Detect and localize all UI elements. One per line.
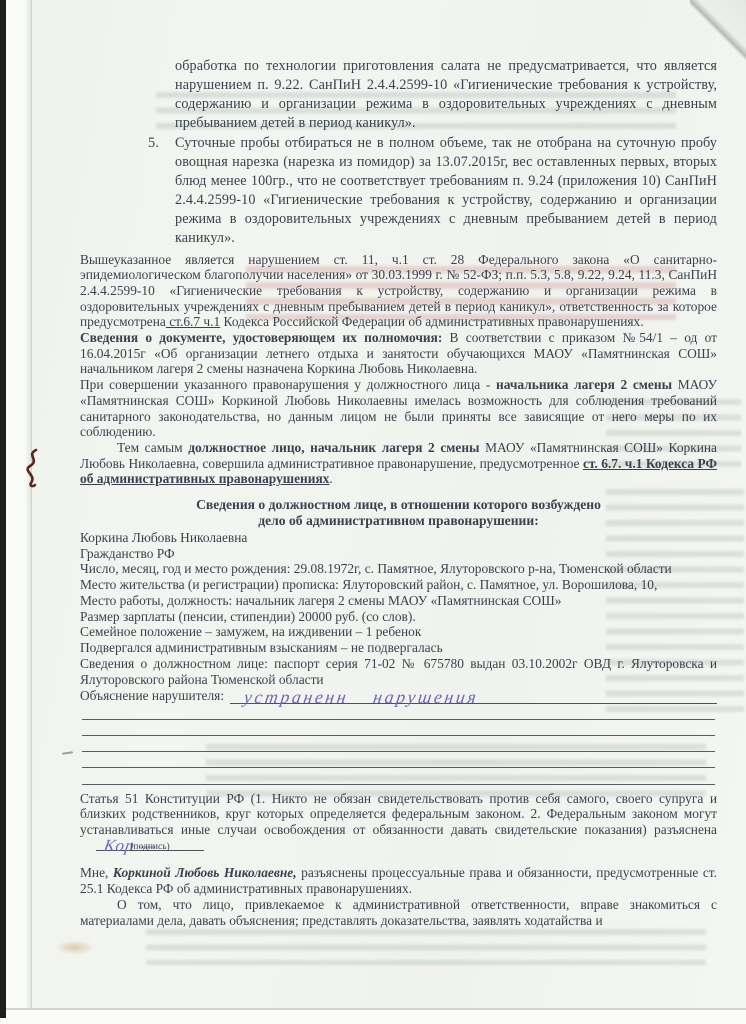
paragraph-legal-grounds: Вышеуказанное является нарушением ст. 11… (80, 252, 717, 331)
info-line-name: Коркина Любовь Николаевна (80, 530, 717, 546)
info-line-passport: Сведения о должностном лице: паспорт сер… (80, 656, 717, 688)
signature-line: Кор —(подпись) (96, 838, 204, 851)
paragraph-rights-details: О том, что лицо, привлекаемое к админист… (80, 897, 717, 928)
ruled-line (82, 768, 715, 784)
text-run: обработка по технологии приготовления са… (175, 58, 717, 131)
list-item-violation-5: 5.Суточные пробы отбираться не в полном … (80, 134, 717, 249)
list-item-number: 5. (148, 134, 159, 153)
paragraph-official-capability: При совершении указанного правонарушения… (80, 377, 717, 440)
ruled-line (82, 720, 715, 736)
text-run: Место жительства (и регистрации) прописк… (80, 577, 657, 592)
text-run: Мне, (80, 865, 113, 880)
heading-line: дело об административном правонарушении: (80, 513, 717, 529)
paragraph-offense-conclusion: Тем самым должностное лицо, начальник ла… (80, 440, 717, 487)
paper-left-margin-strip (6, 0, 31, 1008)
text-run: Сведения о должностном лице: паспорт сер… (80, 656, 717, 687)
text-run: Коркина Любовь Николаевна (80, 530, 247, 545)
text-run: При совершении указанного правонарушения… (80, 377, 496, 392)
text-run: Место работы, должность: начальник лагер… (80, 593, 561, 608)
info-line-citizenship: Гражданство РФ (80, 546, 717, 562)
info-line-birth: Число, месяц, год и место рождения: 29.0… (80, 561, 717, 577)
text-run: Семейное положение – замужем, на иждивен… (80, 624, 421, 639)
ruled-line (82, 752, 715, 768)
paper-crease-line (31, 0, 32, 1008)
paragraph-rights-explained: Мне, Коркиной Любовь Николаевне, разъясн… (80, 865, 717, 896)
info-line-residence: Место жительства (и регистрации) прописк… (80, 577, 717, 593)
text-run: Коркиной Любовь Николаевне, (113, 865, 297, 880)
text-run: Число, месяц, год и место рождения: 29.0… (80, 561, 672, 576)
info-line-workplace: Место работы, должность: начальник лагер… (80, 593, 717, 609)
explanation-label: Объяснение нарушителя: (80, 688, 224, 704)
heading-line: Сведения о должностном лице, в отношении… (80, 497, 717, 513)
ruled-line (82, 736, 715, 752)
bleedthrough-text (146, 925, 706, 965)
explanation-handwriting: устраненн нарушения (243, 690, 480, 706)
text-run: Размер зарплаты (пенсии, стипендии) 2000… (80, 609, 416, 624)
explanation-write-line: устраненн нарушения (230, 688, 717, 704)
paragraph-authority-document: Сведения о документе, удостоверяющем их … (80, 330, 717, 377)
info-line-prior-penalties: Подвергался административным взысканиям … (80, 640, 717, 656)
info-line-salary: Размер зарплаты (пенсии, стипендии) 2000… (80, 609, 717, 625)
text-run: Кодекса Российской Федерации об админист… (220, 314, 643, 329)
scanned-document-page: обработка по технологии приготовления са… (6, 0, 746, 1010)
text-run: Подвергался административным взысканиям … (80, 640, 443, 655)
info-line-family: Семейное положение – замужем, на иждивен… (80, 624, 717, 640)
page-fold-corner (690, 0, 746, 62)
paragraph-article-51: Статья 51 Конституции РФ (1. Никто не об… (80, 791, 717, 855)
margin-ink-mark (22, 447, 46, 489)
text-run: должностное лицо, начальник лагеря 2 сме… (188, 440, 479, 455)
text-run: Сведения о документе, удостоверяющем их … (80, 330, 442, 345)
text-run: начальника лагеря 2 смены (496, 377, 672, 392)
text-run: Гражданство РФ (80, 546, 175, 561)
text-run: Статья 51 Конституции РФ (1. Никто не об… (80, 791, 717, 837)
text-run: . (329, 471, 332, 486)
text-run: О том, что лицо, привлекаемое к админист… (80, 897, 717, 928)
section-heading-official-info: Сведения о должностном лице, в отношении… (80, 497, 717, 529)
paragraph-violation-4-continued: обработка по технологии приготовления са… (175, 57, 717, 134)
pen-dash-mark (62, 751, 73, 755)
text-run: Суточные пробы отбираться не в полном об… (175, 135, 717, 247)
text-run: Тем самым (117, 440, 188, 455)
signature-caption: (подпись) (96, 840, 204, 856)
document-body: обработка по технологии приготовления са… (80, 57, 717, 928)
smudge-mark (56, 941, 94, 954)
text-run: ст.6.7 ч.1 (166, 314, 220, 329)
explanation-field: Объяснение нарушителя:устраненн нарушени… (80, 688, 717, 704)
